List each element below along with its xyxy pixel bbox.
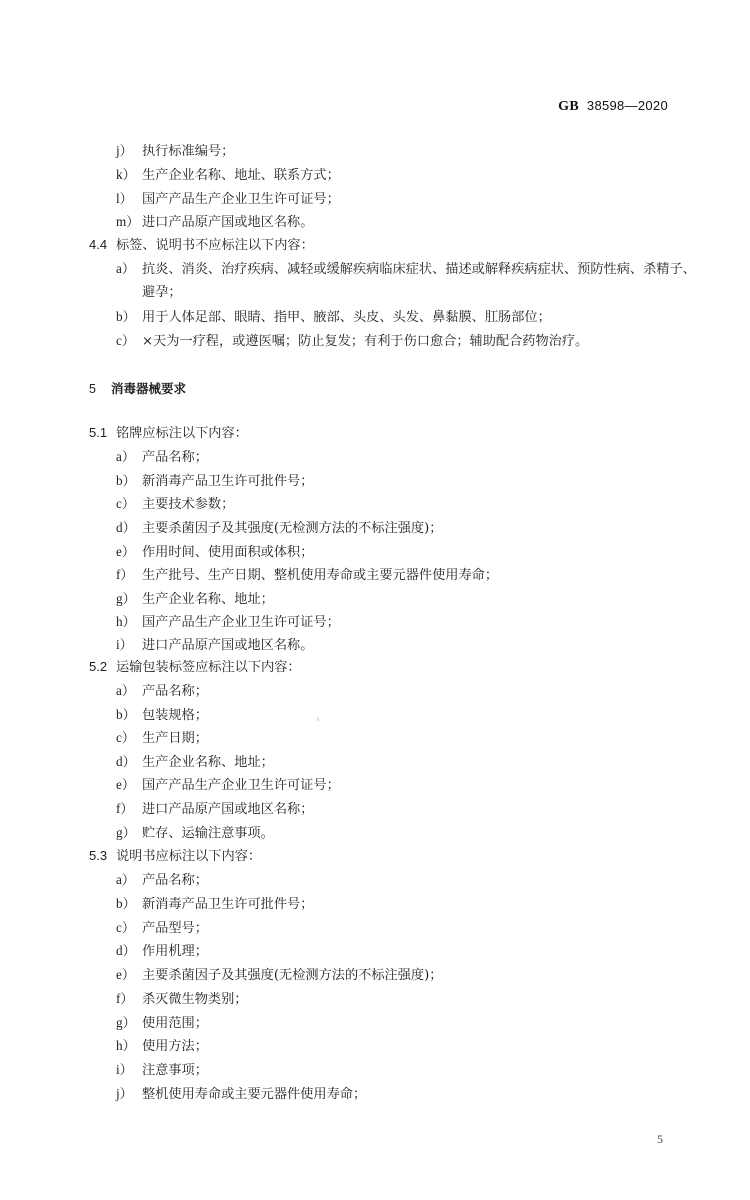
clause-number: 5.1 [89, 424, 116, 442]
clause-title: 运输包装标签应标注以下内容： [116, 660, 301, 675]
item-marker: c） [116, 919, 142, 937]
item-marker: j） [116, 142, 142, 160]
list-item: h）国产产品生产企业卫生许可证号； [116, 613, 340, 632]
standard-number: 38598—2020 [587, 98, 668, 113]
item-marker: d） [116, 942, 142, 960]
list-item: a）产品名称； [116, 682, 208, 701]
list-item: e）主要杀菌因子及其强度(无检测方法的不标注强度)； [116, 966, 442, 985]
list-item: c）产品型号； [116, 919, 208, 938]
item-marker: k） [116, 166, 142, 184]
clause-heading-5-1: 5.1铭牌应标注以下内容： [89, 424, 248, 443]
item-text: 新消毒产品卫生许可批件号； [142, 474, 313, 489]
item-marker: h） [116, 1037, 142, 1055]
item-text: 使用方法； [142, 1039, 208, 1054]
section-number: 5 [89, 380, 111, 398]
clause-title: 标签、说明书不应标注以下内容： [116, 238, 314, 253]
item-marker: c） [116, 332, 142, 350]
item-text: 贮存、运输注意事项。 [142, 826, 274, 841]
item-marker: b） [116, 706, 142, 724]
clause-heading-5-3: 5.3说明书应标注以下内容： [89, 847, 261, 866]
section-title: 消毒器械要求 [111, 381, 186, 396]
item-text: 主要技术参数； [142, 497, 234, 512]
list-item: k）生产企业名称、地址、联系方式； [116, 166, 340, 185]
item-text: 主要杀菌因子及其强度(无检测方法的不标注强度)； [142, 521, 442, 536]
item-marker: a） [116, 260, 142, 278]
item-text: 执行标准编号； [142, 144, 234, 159]
item-marker: d） [116, 753, 142, 771]
item-text: 注意事项； [142, 1063, 208, 1078]
list-item: a）抗炎、消炎、治疗疾病、减轻或缓解疾病临床症状、描述或解释疾病症状、预防性病、… [116, 260, 696, 279]
item-marker: b） [116, 308, 142, 326]
clause-number: 5.2 [89, 658, 116, 676]
list-item: b）新消毒产品卫生许可批件号； [116, 472, 313, 491]
item-text: 产品名称； [142, 684, 208, 699]
item-marker: h） [116, 613, 142, 631]
item-marker: f） [116, 990, 142, 1008]
item-marker: g） [116, 824, 142, 842]
item-marker: b） [116, 472, 142, 490]
item-marker: a） [116, 682, 142, 700]
list-item: c）×天为一疗程，或遵医嘱；防止复发；有利于伤口愈合；辅助配合药物治疗。 [116, 332, 588, 351]
item-marker: m） [116, 213, 142, 231]
clause-number: 5.3 [89, 847, 116, 865]
item-text: 包装规格； [142, 708, 208, 723]
item-text: 产品名称； [142, 450, 208, 465]
section-heading-5: 5消毒器械要求 [89, 380, 186, 398]
item-text: 主要杀菌因子及其强度(无检测方法的不标注强度)； [142, 968, 442, 983]
standard-code-header: GB 38598—2020 [558, 98, 668, 115]
item-text: 生产企业名称、地址； [142, 592, 274, 607]
item-text: 进口产品原产国或地区名称； [142, 802, 313, 817]
item-text: 生产企业名称、地址； [142, 755, 274, 770]
item-text: 生产企业名称、地址、联系方式； [142, 168, 340, 183]
item-text: 国产产品生产企业卫生许可证号； [142, 615, 340, 630]
item-marker: a） [116, 448, 142, 466]
item-marker: e） [116, 776, 142, 794]
list-item: l）国产产品生产企业卫生许可证号； [116, 190, 340, 209]
item-text: 新消毒产品卫生许可批件号； [142, 897, 313, 912]
item-marker: a） [116, 871, 142, 889]
list-item: i）注意事项； [116, 1061, 208, 1080]
list-item: f）进口产品原产国或地区名称； [116, 800, 313, 819]
clause-number: 4.4 [89, 236, 116, 254]
list-item: a）产品名称； [116, 448, 208, 467]
item-marker: e） [116, 543, 142, 561]
list-item: d）主要杀菌因子及其强度(无检测方法的不标注强度)； [116, 519, 442, 538]
list-item: g）生产企业名称、地址； [116, 590, 274, 609]
list-item: m）进口产品原产国或地区名称。 [116, 213, 313, 232]
item-text: 进口产品原产国或地区名称。 [142, 638, 313, 653]
list-item: d）作用机理； [116, 942, 208, 961]
item-text: 国产产品生产企业卫生许可证号； [142, 778, 340, 793]
item-marker: b） [116, 895, 142, 913]
list-item-continuation: 避孕； [142, 284, 182, 302]
list-item: j）整机使用寿命或主要元器件使用寿命； [116, 1085, 366, 1104]
clause-heading-4-4: 4.4标签、说明书不应标注以下内容： [89, 236, 314, 255]
item-text: 使用范围； [142, 1016, 208, 1031]
list-item: g）使用范围； [116, 1014, 208, 1033]
item-marker: c） [116, 495, 142, 513]
list-item: f）生产批号、生产日期、整机使用寿命或主要元器件使用寿命； [116, 566, 498, 585]
item-text: 进口产品原产国或地区名称。 [142, 215, 313, 230]
item-marker: i） [116, 636, 142, 654]
item-marker: f） [116, 800, 142, 818]
item-text: 作用机理； [142, 944, 208, 959]
page-number: 5 [657, 1132, 663, 1147]
list-item: c）生产日期； [116, 729, 208, 748]
item-marker: c） [116, 729, 142, 747]
item-marker: i） [116, 1061, 142, 1079]
item-text: 杀灭微生物类别； [142, 992, 248, 1007]
list-item: b）包装规格； [116, 706, 208, 725]
item-marker: d） [116, 519, 142, 537]
list-item: e）国产产品生产企业卫生许可证号； [116, 776, 340, 795]
item-text: 生产批号、生产日期、整机使用寿命或主要元器件使用寿命； [142, 568, 498, 583]
list-item: h）使用方法； [116, 1037, 208, 1056]
item-text: 整机使用寿命或主要元器件使用寿命； [142, 1087, 366, 1102]
clause-title: 铭牌应标注以下内容： [116, 426, 248, 441]
item-marker: g） [116, 1014, 142, 1032]
standard-prefix: GB [558, 99, 579, 114]
list-item: c）主要技术参数； [116, 495, 234, 514]
list-item: b）用于人体足部、眼睛、指甲、腋部、头皮、头发、鼻黏膜、肛肠部位； [116, 308, 551, 327]
clause-heading-5-2: 5.2运输包装标签应标注以下内容： [89, 658, 301, 677]
list-item: d）生产企业名称、地址； [116, 753, 274, 772]
list-item: a）产品名称； [116, 871, 208, 890]
list-item: j）执行标准编号； [116, 142, 234, 161]
item-marker: g） [116, 590, 142, 608]
item-text: ×天为一疗程，或遵医嘱；防止复发；有利于伤口愈合；辅助配合药物治疗。 [142, 334, 588, 349]
item-marker: e） [116, 966, 142, 984]
clause-title: 说明书应标注以下内容： [116, 849, 261, 864]
scan-artifact [317, 717, 319, 721]
item-text: 用于人体足部、眼睛、指甲、腋部、头皮、头发、鼻黏膜、肛肠部位； [142, 310, 551, 325]
item-text: 产品名称； [142, 873, 208, 888]
list-item: g）贮存、运输注意事项。 [116, 824, 274, 843]
item-marker: f） [116, 566, 142, 584]
list-item: e）作用时间、使用面积或体积； [116, 543, 313, 562]
list-item: f）杀灭微生物类别； [116, 990, 248, 1009]
item-text: 国产产品生产企业卫生许可证号； [142, 192, 340, 207]
item-text: 产品型号； [142, 921, 208, 936]
item-text: 作用时间、使用面积或体积； [142, 545, 313, 560]
item-marker: l） [116, 190, 142, 208]
item-marker: j） [116, 1085, 142, 1103]
item-text: 抗炎、消炎、治疗疾病、减轻或缓解疾病临床症状、描述或解释疾病症状、预防性病、杀精… [142, 262, 696, 277]
list-item: i）进口产品原产国或地区名称。 [116, 636, 313, 655]
item-text: 生产日期； [142, 731, 208, 746]
list-item: b）新消毒产品卫生许可批件号； [116, 895, 313, 914]
